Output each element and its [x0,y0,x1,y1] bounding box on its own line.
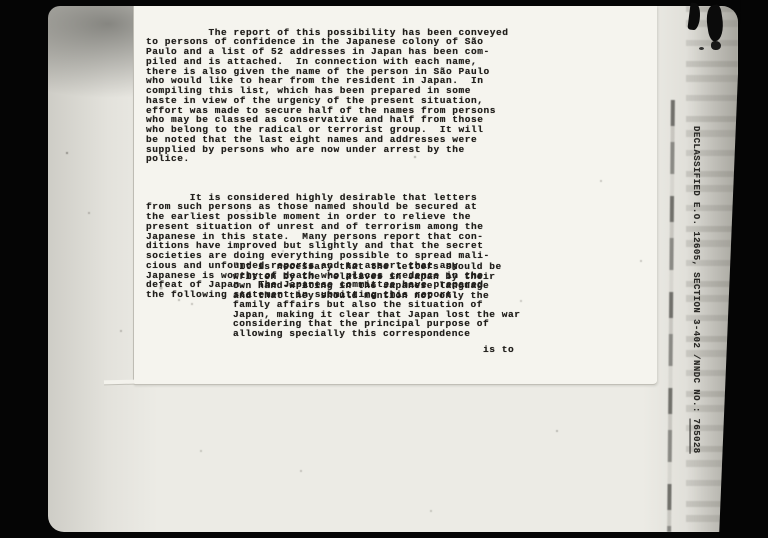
stamp-text: DECLASSIFIED E.O. 12605, SECTION 3-402 /… [691,126,701,419]
typed-sheet-corner-flap [104,380,134,386]
ink-mark [711,41,721,50]
ink-mark [699,47,704,50]
photo-speckles [0,0,2,2]
declassified-stamp: DECLASSIFIED E.O. 12605, SECTION 3-402 /… [691,126,701,471]
quoted-statement: "It is necessary that the letters should… [233,262,521,338]
catchword: is to [483,344,514,355]
stamp-number: 765028 [691,419,701,454]
photostat-frame: The report of this possibility has been … [0,0,768,538]
paragraph-1: The report of this possibility has been … [146,28,509,165]
